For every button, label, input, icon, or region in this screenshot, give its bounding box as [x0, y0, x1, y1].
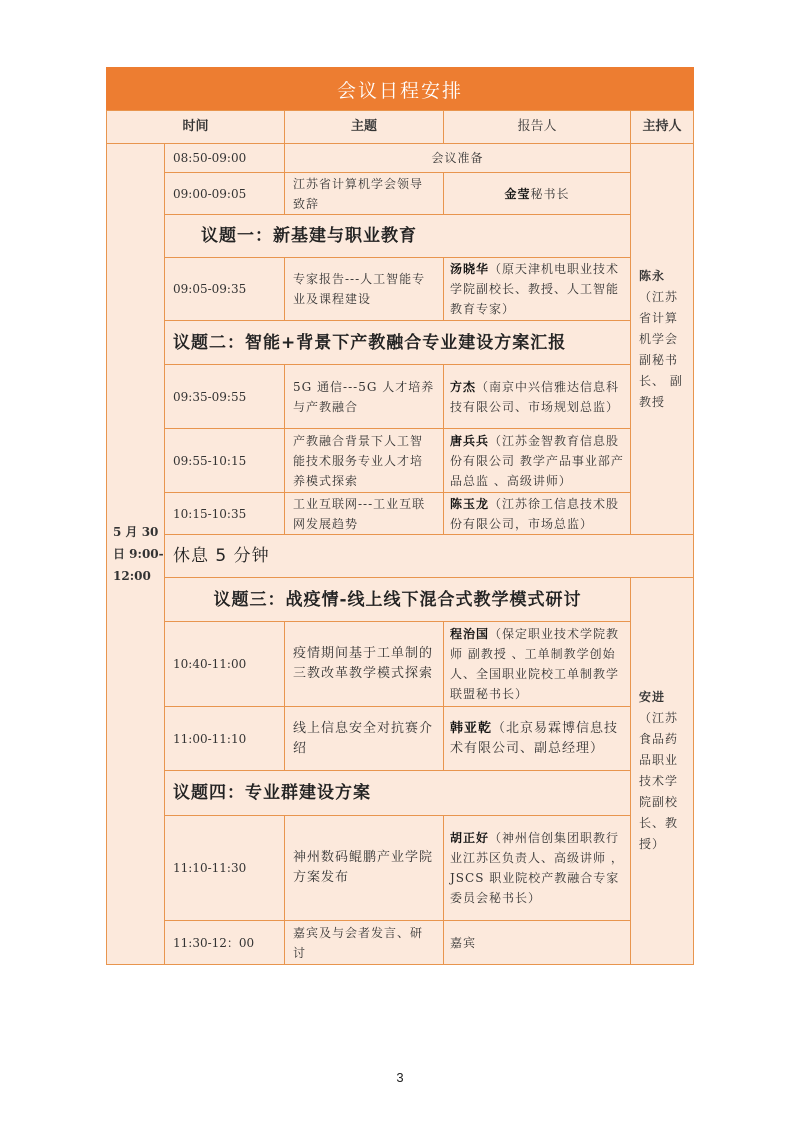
host-detail: （江苏省计算机学会副秘书长、 副教授 [639, 290, 683, 409]
row-time: 11:10-11:30 [164, 815, 285, 921]
host-cell: 安进（江苏食品药品职业技术学院副校长、教授） [630, 577, 694, 965]
speaker-name: 方杰 [450, 380, 476, 394]
host-cell: 陈永（江苏省计算机学会副秘书长、 副教授 [630, 143, 694, 535]
row-topic: 嘉宾及与会者发言、研讨 [284, 920, 444, 965]
section-heading: 议题三：战疫情-线上线下混合式教学模式研讨 [164, 577, 631, 622]
row-time: 10:15-10:35 [164, 492, 285, 535]
section-heading: 议题四：专业群建设方案 [164, 770, 631, 816]
speaker-name: 金莹 [504, 187, 530, 201]
row-speaker: 汤晓华（原天津机电职业技术学院副校长、教授、人工智能教育专家） [443, 257, 631, 321]
row-topic: 专家报告---人工智能专业及课程建设 [284, 257, 444, 321]
date-cell: 5 月 30 日 9:00-12:00 [106, 143, 165, 965]
speaker-name: 程治国 [450, 627, 489, 641]
section-heading: 议题一：新基建与职业教育 [164, 214, 631, 258]
row-topic: 疫情期间基于工单制的三教改革教学模式探索 [284, 621, 444, 707]
header-host: 主持人 [630, 110, 694, 144]
row-merged: 会议准备 [284, 143, 631, 173]
row-topic: 神州数码鲲鹏产业学院方案发布 [284, 815, 444, 921]
section-heading: 议题二：智能+背景下产教融合专业建设方案汇报 [164, 320, 631, 365]
speaker-name: 韩亚乾 [450, 721, 492, 736]
row-time: 09:35-09:55 [164, 364, 285, 429]
speaker-detail: 嘉宾 [450, 936, 476, 950]
speaker-name: 胡正好 [450, 831, 489, 845]
speaker-detail: 秘书长 [531, 187, 570, 201]
header-topic: 主题 [284, 110, 444, 144]
row-time: 09:55-10:15 [164, 428, 285, 493]
row-topic: 线上信息安全对抗赛介绍 [284, 706, 444, 771]
row-speaker: 唐兵兵（江苏金智教育信息股份有限公司 教学产品事业部产品总监 、高级讲师） [443, 428, 631, 493]
row-speaker: 韩亚乾（北京易霖博信息技术有限公司、副总经理） [443, 706, 631, 771]
row-speaker: 金莹秘书长 [443, 172, 631, 215]
schedule-title: 会议日程安排 [106, 67, 694, 111]
row-time: 09:05-09:35 [164, 257, 285, 321]
header-time: 时间 [106, 110, 285, 144]
row-time: 08:50-09:00 [164, 143, 285, 173]
host-name: 安进 [639, 687, 685, 708]
date-text: 5 月 30 日 9:00-12:00 [113, 521, 164, 587]
row-speaker: 陈玉龙（江苏徐工信息技术股份有限公司，市场总监） [443, 492, 631, 535]
host-name: 陈永 [639, 266, 685, 287]
speaker-detail: （南京中兴信雅达信息科技有限公司、市场规划总监） [450, 380, 619, 414]
row-topic: 江苏省计算机学会领导致辞 [284, 172, 444, 215]
header-speaker: 报告人 [443, 110, 631, 144]
row-topic: 产教融合背景下人工智能技术服务专业人才培养模式探索 [284, 428, 444, 493]
host-detail: （江苏食品药品职业技术学院副校长、教授） [639, 711, 678, 851]
row-topic: 5G 通信---5G 人才培养与产教融合 [284, 364, 444, 429]
row-topic: 工业互联网---工业互联网发展趋势 [284, 492, 444, 535]
row-speaker: 嘉宾 [443, 920, 631, 965]
break-row: 休息 5 分钟 [164, 534, 694, 578]
row-speaker: 方杰（南京中兴信雅达信息科技有限公司、市场规划总监） [443, 364, 631, 429]
speaker-name: 唐兵兵 [450, 434, 489, 448]
row-speaker: 胡正好（神州信创集团职教行业江苏区负责人、高级讲师 ，JSCS 职业院校产教融合… [443, 815, 631, 921]
row-time: 09:00-09:05 [164, 172, 285, 215]
row-time: 11:00-11:10 [164, 706, 285, 771]
page-number: 3 [390, 1070, 410, 1085]
speaker-name: 汤晓华 [450, 262, 489, 276]
speaker-name: 陈玉龙 [450, 497, 489, 511]
row-time: 10:40-11:00 [164, 621, 285, 707]
row-speaker: 程治国（保定职业技术学院教师 副教授 、工单制教学创始人、全国职业院校工单制教学… [443, 621, 631, 707]
row-time: 11:30-12：00 [164, 920, 285, 965]
